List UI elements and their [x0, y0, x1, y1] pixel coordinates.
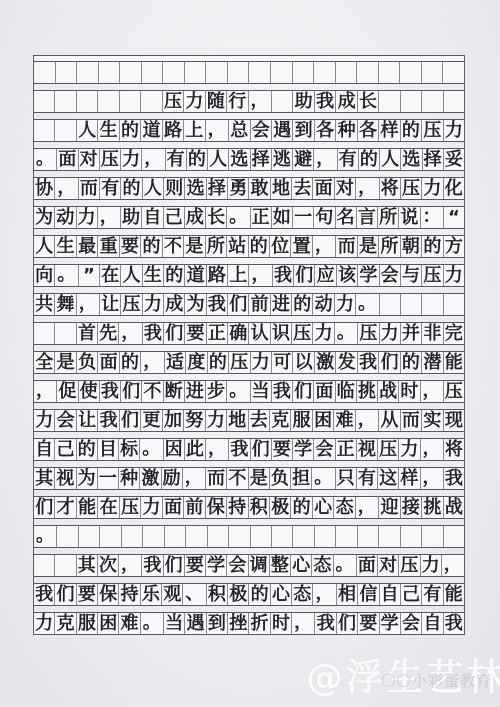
grid-cell: 整: [270, 555, 291, 576]
grid-cell: 确: [228, 323, 249, 344]
grid-cell: 心: [291, 555, 312, 576]
grid-cell: 我: [444, 468, 464, 489]
text-row: 自己的目标。因此，我们要学会正视压力，将: [34, 438, 464, 461]
grid-cell: 种: [336, 120, 357, 141]
grid-cell: ，: [77, 294, 100, 315]
text-row: 。: [34, 525, 464, 548]
grid-cell: 遇: [185, 613, 206, 634]
grid-cell: 。: [335, 323, 358, 344]
grid-cell: 成: [336, 91, 357, 112]
grid-cell: 样: [379, 120, 400, 141]
grid-cell: 次: [98, 555, 119, 576]
grid-cell: 与: [401, 265, 422, 286]
text-row: 全是负面的，适度的压力可以激发我们的潜能: [34, 351, 464, 374]
grid-cell: 选: [229, 149, 250, 170]
grid-cell: ，: [356, 497, 379, 518]
grid-rows: 压力随行，助我成长人生的道路上，总会遇到各种各样的压力。面对压力，有的人选择逃避…: [34, 61, 464, 635]
grid-cell: 们: [293, 381, 314, 402]
grid-cell: 接: [401, 497, 422, 518]
grid-cell: 为: [185, 294, 206, 315]
grid-cell: 学: [206, 555, 227, 576]
grid-cell: 到: [293, 120, 314, 141]
grid-cell: 地: [271, 178, 292, 199]
grid-cell: 力: [251, 352, 272, 373]
watermark-small-label: 小彩蛋教育: [412, 670, 492, 691]
grid-cell: 正: [251, 207, 272, 228]
grid-cell: 力: [421, 555, 442, 576]
grid-cell: [34, 555, 55, 576]
grid-cell: ，: [206, 439, 229, 460]
grid-cell: 的: [291, 497, 312, 518]
grid-cell: 完: [444, 323, 464, 344]
grid-cell: ，: [314, 149, 337, 170]
grid-cell: 力: [399, 439, 420, 460]
grid-cell: 态: [312, 555, 333, 576]
grid-cell: 要: [77, 584, 98, 605]
grid-cell: 有: [338, 149, 359, 170]
grid-cell: 随: [206, 91, 227, 112]
grid-cell: 力: [77, 207, 98, 228]
text-row: 人生最重要的不是所站的位置，而是所朝的方: [34, 235, 464, 258]
grid-cell: 潜: [422, 352, 443, 373]
grid-cell: 我: [143, 323, 164, 344]
grid-cell: 加: [163, 410, 184, 431]
grid-cell: [271, 62, 293, 83]
grid-cell: 我: [142, 555, 163, 576]
grid-cell: 地: [227, 410, 248, 431]
grid-cell: 对: [335, 178, 356, 199]
photo-background: 压力随行，助我成长人生的道路上，总会遇到各种各样的压力。面对压力，有的人选择逃避…: [0, 0, 500, 707]
grid-cell: 所: [206, 236, 227, 257]
grid-cell: [142, 62, 164, 83]
grid-cell: 共: [34, 294, 55, 315]
grid-cell: 前: [249, 294, 270, 315]
grid-cell: 我: [229, 439, 250, 460]
grid-cell: [401, 294, 422, 315]
grid-cell: 力: [206, 410, 227, 431]
grid-cell: 学: [293, 439, 314, 460]
grid-cell: 人: [34, 236, 55, 257]
text-row: 协，而有的人则选择勇敢地去面对，将压力化: [34, 177, 464, 200]
grid-cell: 有: [357, 468, 378, 489]
grid-cell: 为: [77, 468, 98, 489]
grid-cell: 面: [314, 381, 335, 402]
grid-cell: 动: [313, 294, 334, 315]
grid-cell: 前: [184, 497, 205, 518]
grid-cell: 将: [380, 178, 401, 199]
grid-cell: 并: [401, 323, 422, 344]
grid-cell: 负: [270, 468, 291, 489]
grid-cell: 力: [184, 91, 205, 112]
grid-cell: 的: [77, 439, 98, 460]
grid-cell: 有: [100, 178, 121, 199]
grid-cell: 压: [401, 178, 422, 199]
grid-cell: 。: [227, 207, 250, 228]
grid-cell: 让: [77, 410, 98, 431]
grid-cell: 保: [206, 497, 227, 518]
grid-cell: 极: [270, 497, 291, 518]
grid-cell: [122, 526, 143, 547]
text-row: 力会让我们更加努力地去克服困难，从而实现: [34, 409, 464, 432]
grid-cell: 从: [379, 410, 400, 431]
grid-cell: 到: [207, 613, 228, 634]
grid-cell: 。: [312, 468, 335, 489]
grid-cell: 助: [293, 91, 314, 112]
grid-cell: 压: [399, 555, 420, 576]
grid-cell: 不: [227, 468, 248, 489]
grid-cell: 上: [184, 120, 205, 141]
grid-cell: 力: [34, 410, 55, 431]
grid-cell: 正: [207, 323, 228, 344]
grid-cell: 乐: [141, 584, 162, 605]
grid-cell: 最: [77, 236, 98, 257]
grid-cell: 此: [185, 439, 206, 460]
grid-cell: 临: [336, 381, 357, 402]
grid-cell: 学: [358, 265, 379, 286]
grid-cell: ，: [249, 91, 272, 112]
grid-cell: 断: [164, 381, 185, 402]
grid-cell: 、: [183, 584, 206, 605]
grid-cell: 们: [251, 439, 272, 460]
grid-cell: 以: [293, 352, 314, 373]
grid-cell: 战: [378, 381, 399, 402]
grid-cell: 调: [249, 555, 270, 576]
grid-cell: 我: [207, 294, 228, 315]
grid-cell: 们: [164, 555, 185, 576]
grid-cell: 人: [121, 265, 142, 286]
grid-cell: 们: [121, 381, 142, 402]
grid-cell: 的: [401, 352, 422, 373]
grid-cell: 要: [358, 613, 379, 634]
grid-cell: [55, 555, 76, 576]
grid-cell: [357, 62, 379, 83]
grid-cell: 力: [444, 265, 464, 286]
grid-cell: 而: [206, 468, 227, 489]
grid-cell: 服: [77, 613, 98, 634]
grid-cell: [422, 526, 443, 547]
grid-cell: 压: [422, 265, 443, 286]
grid-cell: 们: [228, 294, 249, 315]
grid-cell: 路: [207, 265, 228, 286]
grid-cell: 挑: [422, 497, 443, 518]
grid-cell: 。: [34, 526, 57, 547]
grid-cell: 战: [444, 497, 464, 518]
grid-cell: [55, 91, 76, 112]
grid-cell: 人: [143, 178, 164, 199]
grid-cell: 的: [141, 236, 162, 257]
grid-cell: 化: [444, 178, 464, 199]
grid-cell: [163, 62, 185, 83]
grid-cell: 一: [98, 468, 119, 489]
text-row: 向。”在人生的道路上，我们应该学会与压力: [34, 264, 464, 287]
grid-cell: [379, 62, 401, 83]
grid-cell: 态: [334, 497, 355, 518]
grid-cell: 面: [98, 352, 119, 373]
grid-cell: 压: [358, 323, 379, 344]
grid-cell: 是: [55, 352, 76, 373]
grid-cell: 会: [227, 555, 248, 576]
grid-cell: 挫: [228, 613, 249, 634]
grid-cell: 协: [34, 178, 55, 199]
text-row: 共舞，让压力成为我们前进的动力。: [34, 293, 464, 316]
grid-cell: 压: [120, 497, 141, 518]
grid-cell: 态: [292, 584, 313, 605]
grid-cell: [165, 526, 186, 547]
grid-cell: 面: [163, 497, 184, 518]
grid-cell: 。: [334, 555, 357, 576]
grid-cell: 。: [227, 381, 250, 402]
grid-cell: 样: [399, 468, 420, 489]
grid-cell: [206, 62, 228, 83]
grid-cell: 力: [380, 323, 401, 344]
grid-cell: 要: [272, 439, 293, 460]
grid-cell: ，: [142, 149, 165, 170]
grid-cell: 会: [380, 265, 401, 286]
grid-cell: 置: [291, 236, 312, 257]
grid-cell: 标: [119, 439, 140, 460]
grid-cell: 助: [121, 207, 142, 228]
grid-cell: [56, 62, 78, 83]
grid-cell: 才: [55, 497, 76, 518]
grid-cell: 上: [228, 265, 249, 286]
grid-cell: 克: [55, 613, 76, 634]
grid-cell: 。: [140, 439, 163, 460]
grid-cell: ：: [421, 207, 444, 228]
grid-cell: 其: [77, 555, 98, 576]
grid-cell: 动: [55, 207, 76, 228]
grid-cell: 会: [401, 613, 422, 634]
grid-cell: 择: [251, 149, 272, 170]
grid-cell: 困: [313, 410, 334, 431]
grid-cell: ，: [119, 555, 142, 576]
grid-cell: [379, 91, 400, 112]
grid-cell: 我: [273, 265, 294, 286]
grid-cell: 向: [34, 265, 55, 286]
grid-cell: “: [444, 207, 464, 228]
grid-cell: 名: [336, 207, 357, 228]
grid-cell: 让: [100, 294, 121, 315]
grid-cell: 方: [444, 236, 464, 257]
grid-cell: 选: [185, 178, 206, 199]
grid-cell: 朝: [401, 236, 422, 257]
grid-cell: 力: [313, 323, 334, 344]
grid-cell: [293, 526, 314, 547]
grid-cell: 的: [249, 236, 270, 257]
grid-cell: 的: [120, 352, 141, 373]
grid-cell: 首: [77, 323, 98, 344]
grid-cell: 有: [166, 149, 187, 170]
grid-cell: 有: [422, 584, 443, 605]
grid-cell: ，: [55, 178, 78, 199]
grid-cell: 各: [315, 120, 336, 141]
grid-cell: 的: [359, 149, 380, 170]
grid-cell: 观: [162, 584, 183, 605]
grid-cell: 择: [207, 178, 228, 199]
grid-cell: 自: [380, 584, 401, 605]
grid-cell: 勇: [228, 178, 249, 199]
grid-cell: 正: [336, 439, 357, 460]
grid-cell: 对: [378, 555, 399, 576]
grid-cell: [186, 526, 207, 547]
grid-cell: 所: [379, 236, 400, 257]
grid-cell: 会: [55, 410, 76, 431]
grid-cell: 的: [121, 178, 142, 199]
grid-cell: [141, 91, 162, 112]
grid-cell: 进: [185, 381, 206, 402]
grid-cell: [272, 91, 293, 112]
grid-cell: 。: [141, 613, 164, 634]
grid-cell: 信: [358, 584, 379, 605]
grid-cell: 在: [98, 497, 119, 518]
composition-grid: 压力随行，助我成长人生的道路上，总会遇到各种各样的压力。面对压力，有的人选择逃避…: [33, 55, 465, 635]
text-row: 我们要保持乐观、积极的心态，相信自己有能: [34, 583, 464, 606]
grid-cell: 能: [444, 584, 464, 605]
grid-cell: 们: [120, 410, 141, 431]
grid-cell: 识: [271, 323, 292, 344]
grid-cell: [401, 526, 422, 547]
grid-cell: 种: [119, 468, 140, 489]
grid-cell: 力: [444, 120, 464, 141]
grid-cell: 促: [57, 381, 78, 402]
grid-cell: ，: [292, 613, 315, 634]
grid-cell: [358, 526, 379, 547]
grid-cell: 当: [251, 381, 272, 402]
grid-cell: 相: [337, 584, 358, 605]
grid-cell: 折: [249, 613, 270, 634]
grid-cell: 逃: [272, 149, 293, 170]
grid-cell: 担: [291, 468, 312, 489]
grid-cell: 遇: [272, 120, 293, 141]
grid-cell: 们: [379, 352, 400, 373]
grid-cell: 迎: [379, 497, 400, 518]
grid-cell: 是: [184, 236, 205, 257]
grid-cell: 人: [380, 149, 401, 170]
grid-cell: 我: [100, 381, 121, 402]
grid-cell: 站: [227, 236, 248, 257]
grid-cell: [336, 62, 358, 83]
grid-cell: 言: [357, 207, 378, 228]
grid-cell: 避: [293, 149, 314, 170]
grid-cell: ，: [356, 410, 379, 431]
grid-cell: [444, 91, 464, 112]
grid-cell: 我: [98, 410, 119, 431]
grid-cell: 们: [34, 497, 55, 518]
grid-cell: [443, 62, 464, 83]
grid-cell: 的: [292, 294, 313, 315]
grid-cell: 保: [98, 584, 119, 605]
grid-cell: 们: [164, 323, 185, 344]
grid-cell: 全: [34, 352, 55, 373]
grid-cell: 要: [185, 323, 206, 344]
grid-cell: 我: [315, 91, 336, 112]
grid-cell: 我: [272, 381, 293, 402]
grid-cell: [208, 526, 229, 547]
grid-cell: 进: [271, 294, 292, 315]
grid-cell: 一: [293, 207, 314, 228]
grid-cell: 是: [358, 236, 379, 257]
grid-cell: [55, 323, 76, 344]
grid-cell: [380, 294, 401, 315]
grid-cell: 行: [227, 91, 248, 112]
grid-cell: 。: [356, 294, 379, 315]
grid-cell: 说: [399, 207, 420, 228]
grid-cell: 自: [34, 439, 55, 460]
camera-icon: [397, 674, 410, 687]
grid-cell: 敢: [249, 178, 270, 199]
grid-cell: 服: [291, 410, 312, 431]
grid-cell: 妥: [444, 149, 464, 170]
grid-cell: [422, 91, 443, 112]
grid-cell: 而: [79, 178, 100, 199]
grid-cell: ，: [356, 178, 379, 199]
grid-cell: [379, 526, 400, 547]
grid-cell: 的: [249, 584, 270, 605]
grid-cell: ，: [421, 439, 444, 460]
grid-cell: 我: [34, 584, 55, 605]
grid-cell: 先: [98, 323, 119, 344]
grid-cell: 负: [77, 352, 98, 373]
grid-cell: 压: [229, 352, 250, 373]
grid-cell: 度: [186, 352, 207, 373]
grid-cell: [293, 62, 315, 83]
grid-cell: 激: [140, 468, 161, 489]
grid-cell: 生: [143, 265, 164, 286]
grid-cell: 总: [229, 120, 250, 141]
grid-cell: [55, 120, 76, 141]
grid-cell: 视: [55, 468, 76, 489]
grid-cell: 是: [249, 468, 270, 489]
grid-cell: 对: [79, 149, 100, 170]
grid-cell: 将: [444, 439, 464, 460]
grid-cell: 时: [399, 381, 420, 402]
grid-cell: 选: [401, 149, 422, 170]
grid-cell: 难: [334, 410, 355, 431]
grid-cell: 能: [77, 497, 98, 518]
grid-cell: 己: [164, 207, 185, 228]
grid-cell: 心: [313, 497, 334, 518]
grid-cell: 我: [444, 613, 464, 634]
grid-cell: 而: [336, 236, 357, 257]
grid-cell: 成: [164, 294, 185, 315]
text-row: 为动力，助自己成长。正如一句名言所说：“: [34, 206, 464, 229]
grid-cell: 会: [314, 439, 335, 460]
grid-cell: [77, 62, 99, 83]
grid-cell: 实: [422, 410, 443, 431]
grid-cell: 如: [272, 207, 293, 228]
text-row: 其视为一种激励，而不是负担。只有这样，我: [34, 467, 464, 490]
grid-cell: 压: [422, 120, 443, 141]
grid-cell: ，: [421, 381, 444, 402]
grid-cell: 己: [55, 439, 76, 460]
grid-cell: [315, 526, 336, 547]
grid-cell: 心: [271, 584, 292, 605]
grid-cell: [400, 62, 422, 83]
watermark-small: 小彩蛋教育: [382, 670, 492, 691]
grid-cell: 认: [249, 323, 270, 344]
grid-cell: 压: [100, 149, 121, 170]
text-row: 压力随行，助我成长: [34, 90, 464, 113]
grid-cell: [57, 526, 78, 547]
grid-cell: ，: [141, 352, 164, 373]
grid-cell: 能: [444, 352, 464, 373]
grid-cell: ，: [34, 381, 57, 402]
grid-cell: ，: [249, 265, 272, 286]
grid-cell: 积: [249, 497, 270, 518]
grid-cell: [77, 91, 98, 112]
paw-icon: [382, 674, 395, 687]
grid-cell: 去: [292, 178, 313, 199]
grid-cell: [99, 62, 121, 83]
